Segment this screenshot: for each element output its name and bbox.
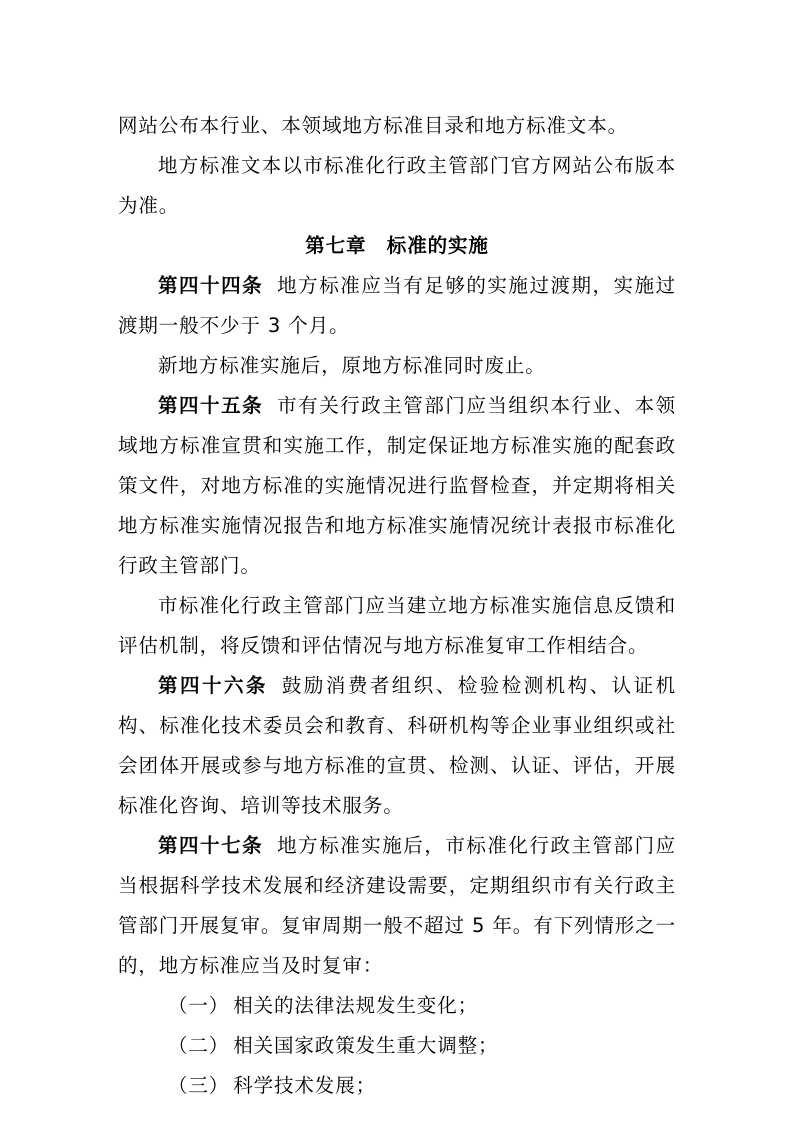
publish-paragraph: 地方标准文本以市标准化行政主管部门官方网站公布版本为准。: [118, 146, 676, 226]
article-47: 第四十七条地方标准实施后，市标准化行政主管部门应当根据科学技术发展和经济建设需要…: [118, 826, 676, 986]
article-title: 第四十四条: [158, 274, 263, 297]
list-text: 相关国家政策发生重大调整；: [233, 1034, 498, 1057]
article-title: 第四十七条: [158, 834, 263, 857]
list-number: （二）: [168, 1034, 229, 1057]
article-46: 第四十六条鼓励消费者组织、检验检测机构、认证机构、标准化技术委员会和教育、科研机…: [118, 666, 676, 826]
list-text: 相关的法律法规发生变化；: [233, 994, 478, 1017]
list-text: 科学技术发展；: [233, 1074, 376, 1097]
list-number: （一）: [168, 994, 229, 1017]
article-title: 第四十五条: [158, 394, 263, 417]
list-number: （三）: [168, 1074, 229, 1097]
article-45: 第四十五条市有关行政主管部门应当组织本行业、本领域地方标准宣贯和实施工作，制定保…: [118, 386, 676, 586]
article-44: 第四十四条地方标准应当有足够的实施过渡期，实施过渡期一般不少于 3 个月。: [118, 266, 676, 346]
article-45-paragraph-2: 市标准化行政主管部门应当建立地方标准实施信息反馈和评估机制，将反馈和评估情况与地…: [118, 586, 676, 666]
review-condition-2: （二）相关国家政策发生重大调整；: [118, 1026, 676, 1066]
chapter-title: 第七章 标准的实施: [118, 226, 676, 266]
article-title: 第四十六条: [158, 674, 268, 697]
article-44-paragraph-2: 新地方标准实施后，原地方标准同时废止。: [118, 346, 676, 386]
document-page: 网站公布本行业、本领域地方标准目录和地方标准文本。 地方标准文本以市标准化行政主…: [118, 106, 676, 1106]
review-condition-3: （三）科学技术发展；: [118, 1066, 676, 1106]
review-condition-1: （一）相关的法律法规发生变化；: [118, 986, 676, 1026]
continuation-paragraph: 网站公布本行业、本领域地方标准目录和地方标准文本。: [118, 106, 676, 146]
article-text: 市有关行政主管部门应当组织本行业、本领域地方标准宣贯和实施工作，制定保证地方标准…: [118, 394, 676, 577]
